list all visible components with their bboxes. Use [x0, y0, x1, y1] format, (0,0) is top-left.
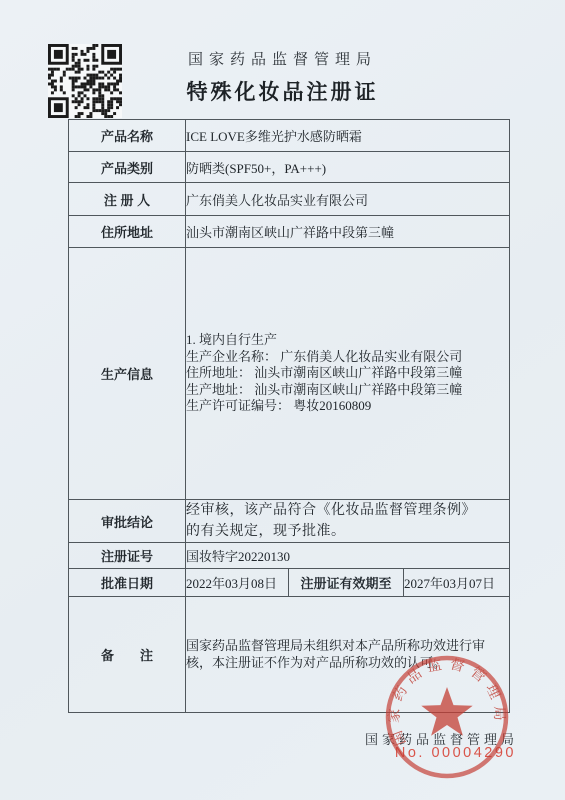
row-address: 住所地址 汕头市潮南区峡山广祥路中段第三幢 [69, 216, 510, 248]
production-line: 1. 境内自行生产 [186, 332, 509, 349]
remarks-label: 备 注 [69, 597, 186, 713]
certificate-page: 国家药品监督管理局 特殊化妆品注册证 产品名称 ICE LOVE多维光护水感防晒… [0, 0, 565, 800]
valid-until-label: 注册证有效期至 [289, 569, 404, 597]
approval-date-value: 2022年03月08日 [186, 569, 289, 597]
certificate-title: 特殊化妆品注册证 [0, 76, 565, 106]
registration-no-value: 国妆特字20220130 [186, 543, 510, 569]
approval-line: 的有关规定，现予批准。 [186, 521, 509, 542]
remarks-line: 国家药品监督管理局未组织对本产品所称功效进行审 [186, 638, 509, 655]
registrant-label: 注 册 人 [69, 183, 186, 216]
product-name-label: 产品名称 [69, 120, 186, 152]
address-value: 汕头市潮南区峡山广祥路中段第三幢 [186, 216, 510, 248]
approval-conclusion-label: 审批结论 [69, 500, 186, 543]
row-registration-no: 注册证号 国妆特字20220130 [69, 543, 510, 569]
issuing-authority-title: 国家药品监督管理局 [0, 48, 565, 69]
production-line: 住所地址： 汕头市潮南区峡山广祥路中段第三幢 [186, 365, 509, 382]
registrant-value: 广东俏美人化妆品实业有限公司 [186, 183, 510, 216]
approval-conclusion-value: 经审核，该产品符合《化妆品监督管理条例》 的有关规定，现予批准。 [186, 500, 510, 543]
certificate-header: 国家药品监督管理局 特殊化妆品注册证 [0, 48, 565, 106]
production-info-label: 生产信息 [69, 248, 186, 500]
row-product-category: 产品类别 防晒类(SPF50+，PA+++) [69, 152, 510, 183]
row-production-info: 生产信息 1. 境内自行生产 生产企业名称： 广东俏美人化妆品实业有限公司 住所… [69, 248, 510, 500]
serial-number: No. 00004290 [395, 745, 516, 761]
approval-line: 经审核，该产品符合《化妆品监督管理条例》 [186, 500, 509, 521]
remarks-line: 核，本注册证不作为对产品所称功效的认可。 [186, 655, 509, 672]
row-product-name: 产品名称 ICE LOVE多维光护水感防晒霜 [69, 120, 510, 152]
product-name-value: ICE LOVE多维光护水感防晒霜 [186, 120, 510, 152]
row-approval-date: 批准日期 2022年03月08日 注册证有效期至 2027年03月07日 [69, 569, 510, 597]
production-line: 生产许可证编号： 粤妆20160809 [186, 398, 509, 415]
row-registrant: 注 册 人 广东俏美人化妆品实业有限公司 [69, 183, 510, 216]
product-category-value: 防晒类(SPF50+，PA+++) [186, 152, 510, 183]
valid-until-value: 2027年03月07日 [404, 569, 510, 597]
production-line: 生产地址： 汕头市潮南区峡山广祥路中段第三幢 [186, 382, 509, 399]
row-remarks: 备 注 国家药品监督管理局未组织对本产品所称功效进行审 核，本注册证不作为对产品… [69, 597, 510, 713]
product-category-label: 产品类别 [69, 152, 186, 183]
certificate-table: 产品名称 ICE LOVE多维光护水感防晒霜 产品类别 防晒类(SPF50+，P… [68, 119, 510, 713]
address-label: 住所地址 [69, 216, 186, 248]
registration-no-label: 注册证号 [69, 543, 186, 569]
row-approval-conclusion: 审批结论 经审核，该产品符合《化妆品监督管理条例》 的有关规定，现予批准。 [69, 500, 510, 543]
production-info-value: 1. 境内自行生产 生产企业名称： 广东俏美人化妆品实业有限公司 住所地址： 汕… [186, 248, 510, 500]
production-line: 生产企业名称： 广东俏美人化妆品实业有限公司 [186, 349, 509, 366]
approval-date-label: 批准日期 [69, 569, 186, 597]
remarks-value: 国家药品监督管理局未组织对本产品所称功效进行审 核，本注册证不作为对产品所称功效… [186, 597, 510, 713]
